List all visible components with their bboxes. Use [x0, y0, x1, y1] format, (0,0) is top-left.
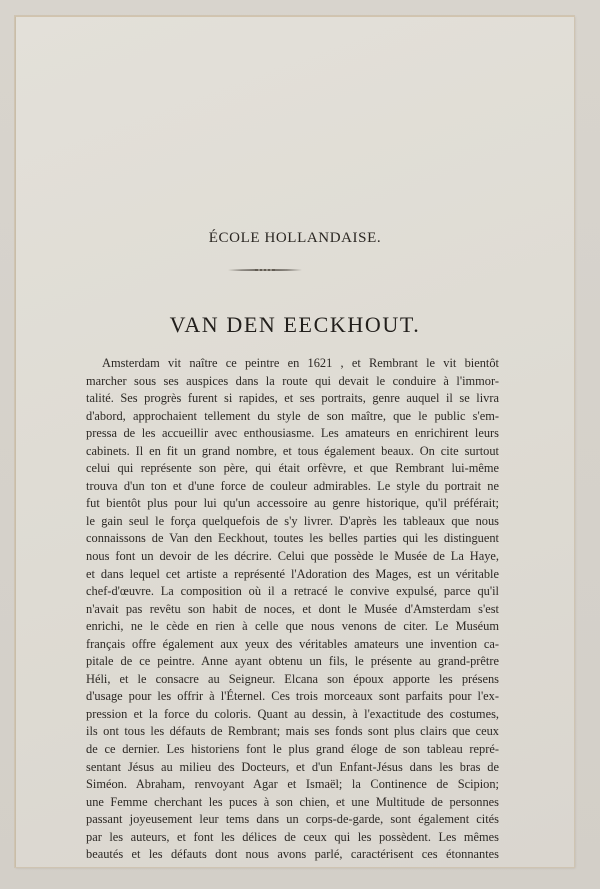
text-line: connaissons de Van den Eeckhout, toutes … [86, 530, 499, 548]
document-page: ÉCOLE HOLLANDAISE. VAN DEN EECKHOUT. Ams… [15, 16, 574, 867]
text-line: par les auteurs, et font les délices de … [86, 829, 499, 847]
text-line: Amsterdam vit naître ce peintre en 1621 … [86, 355, 499, 373]
text-line: n'avait pas revêtu son habit de noces, e… [86, 601, 499, 619]
text-line: chef-d'œuvre. La composition où il a ret… [86, 583, 499, 601]
text-line: passant joyeusement leur tems dans un co… [86, 811, 499, 829]
text-line: de ce dernier. Les historiens font le pl… [86, 741, 499, 759]
body-paragraph: Amsterdam vit naître ce peintre en 1621 … [86, 355, 499, 864]
text-line: talité. Ses progrès furent si rapides, e… [86, 390, 499, 408]
text-line: celui qui représente son père, qui était… [86, 460, 499, 478]
artist-heading: VAN DEN EECKHOUT. [16, 312, 574, 338]
text-line: ils ont tous les défauts de Rembrant; ma… [86, 723, 499, 741]
text-line: pression et la force du coloris. Quant a… [86, 706, 499, 724]
text-line: français offre également aux yeux des vé… [86, 636, 499, 654]
text-line: d'abord, approchaient tellement du style… [86, 408, 499, 426]
text-line: fut bientôt plus pour lui qu'un accessoi… [86, 495, 499, 513]
text-line: une Femme cherchant les puces à son chie… [86, 794, 499, 812]
text-line: d'usage pour les offrir à l'Éternel. Ces… [86, 688, 499, 706]
text-line: beautés et les défauts dont nous avons p… [86, 846, 499, 864]
decorative-rule-icon [228, 268, 302, 272]
text-line: marcher sous ses auspices dans la route … [86, 373, 499, 391]
text-line: sentant Jésus au milieu des Docteurs, et… [86, 759, 499, 777]
text-line: pressa de les accueillir avec enthousias… [86, 425, 499, 443]
text-line: nous font un devoir de les décrire. Celu… [86, 548, 499, 566]
text-line: trouva d'un ton et d'une force de couleu… [86, 478, 499, 496]
text-line: pitale de ce peintre. Anne ayant obtenu … [86, 653, 499, 671]
text-line: et dans lequel cet artiste a représenté … [86, 566, 499, 584]
text-line: le gain seul le força quelquefois de s'y… [86, 513, 499, 531]
text-line: Siméon. Abraham, renvoyant Agar et Ismaë… [86, 776, 499, 794]
school-heading: ÉCOLE HOLLANDAISE. [16, 230, 574, 247]
text-line: cabinets. Il en fit un grand nombre, et … [86, 443, 499, 461]
text-line: Héli, et le consacre au Seigneur. Elcana… [86, 671, 499, 689]
text-line: enrichi, ne le cède en rien à celle que … [86, 618, 499, 636]
